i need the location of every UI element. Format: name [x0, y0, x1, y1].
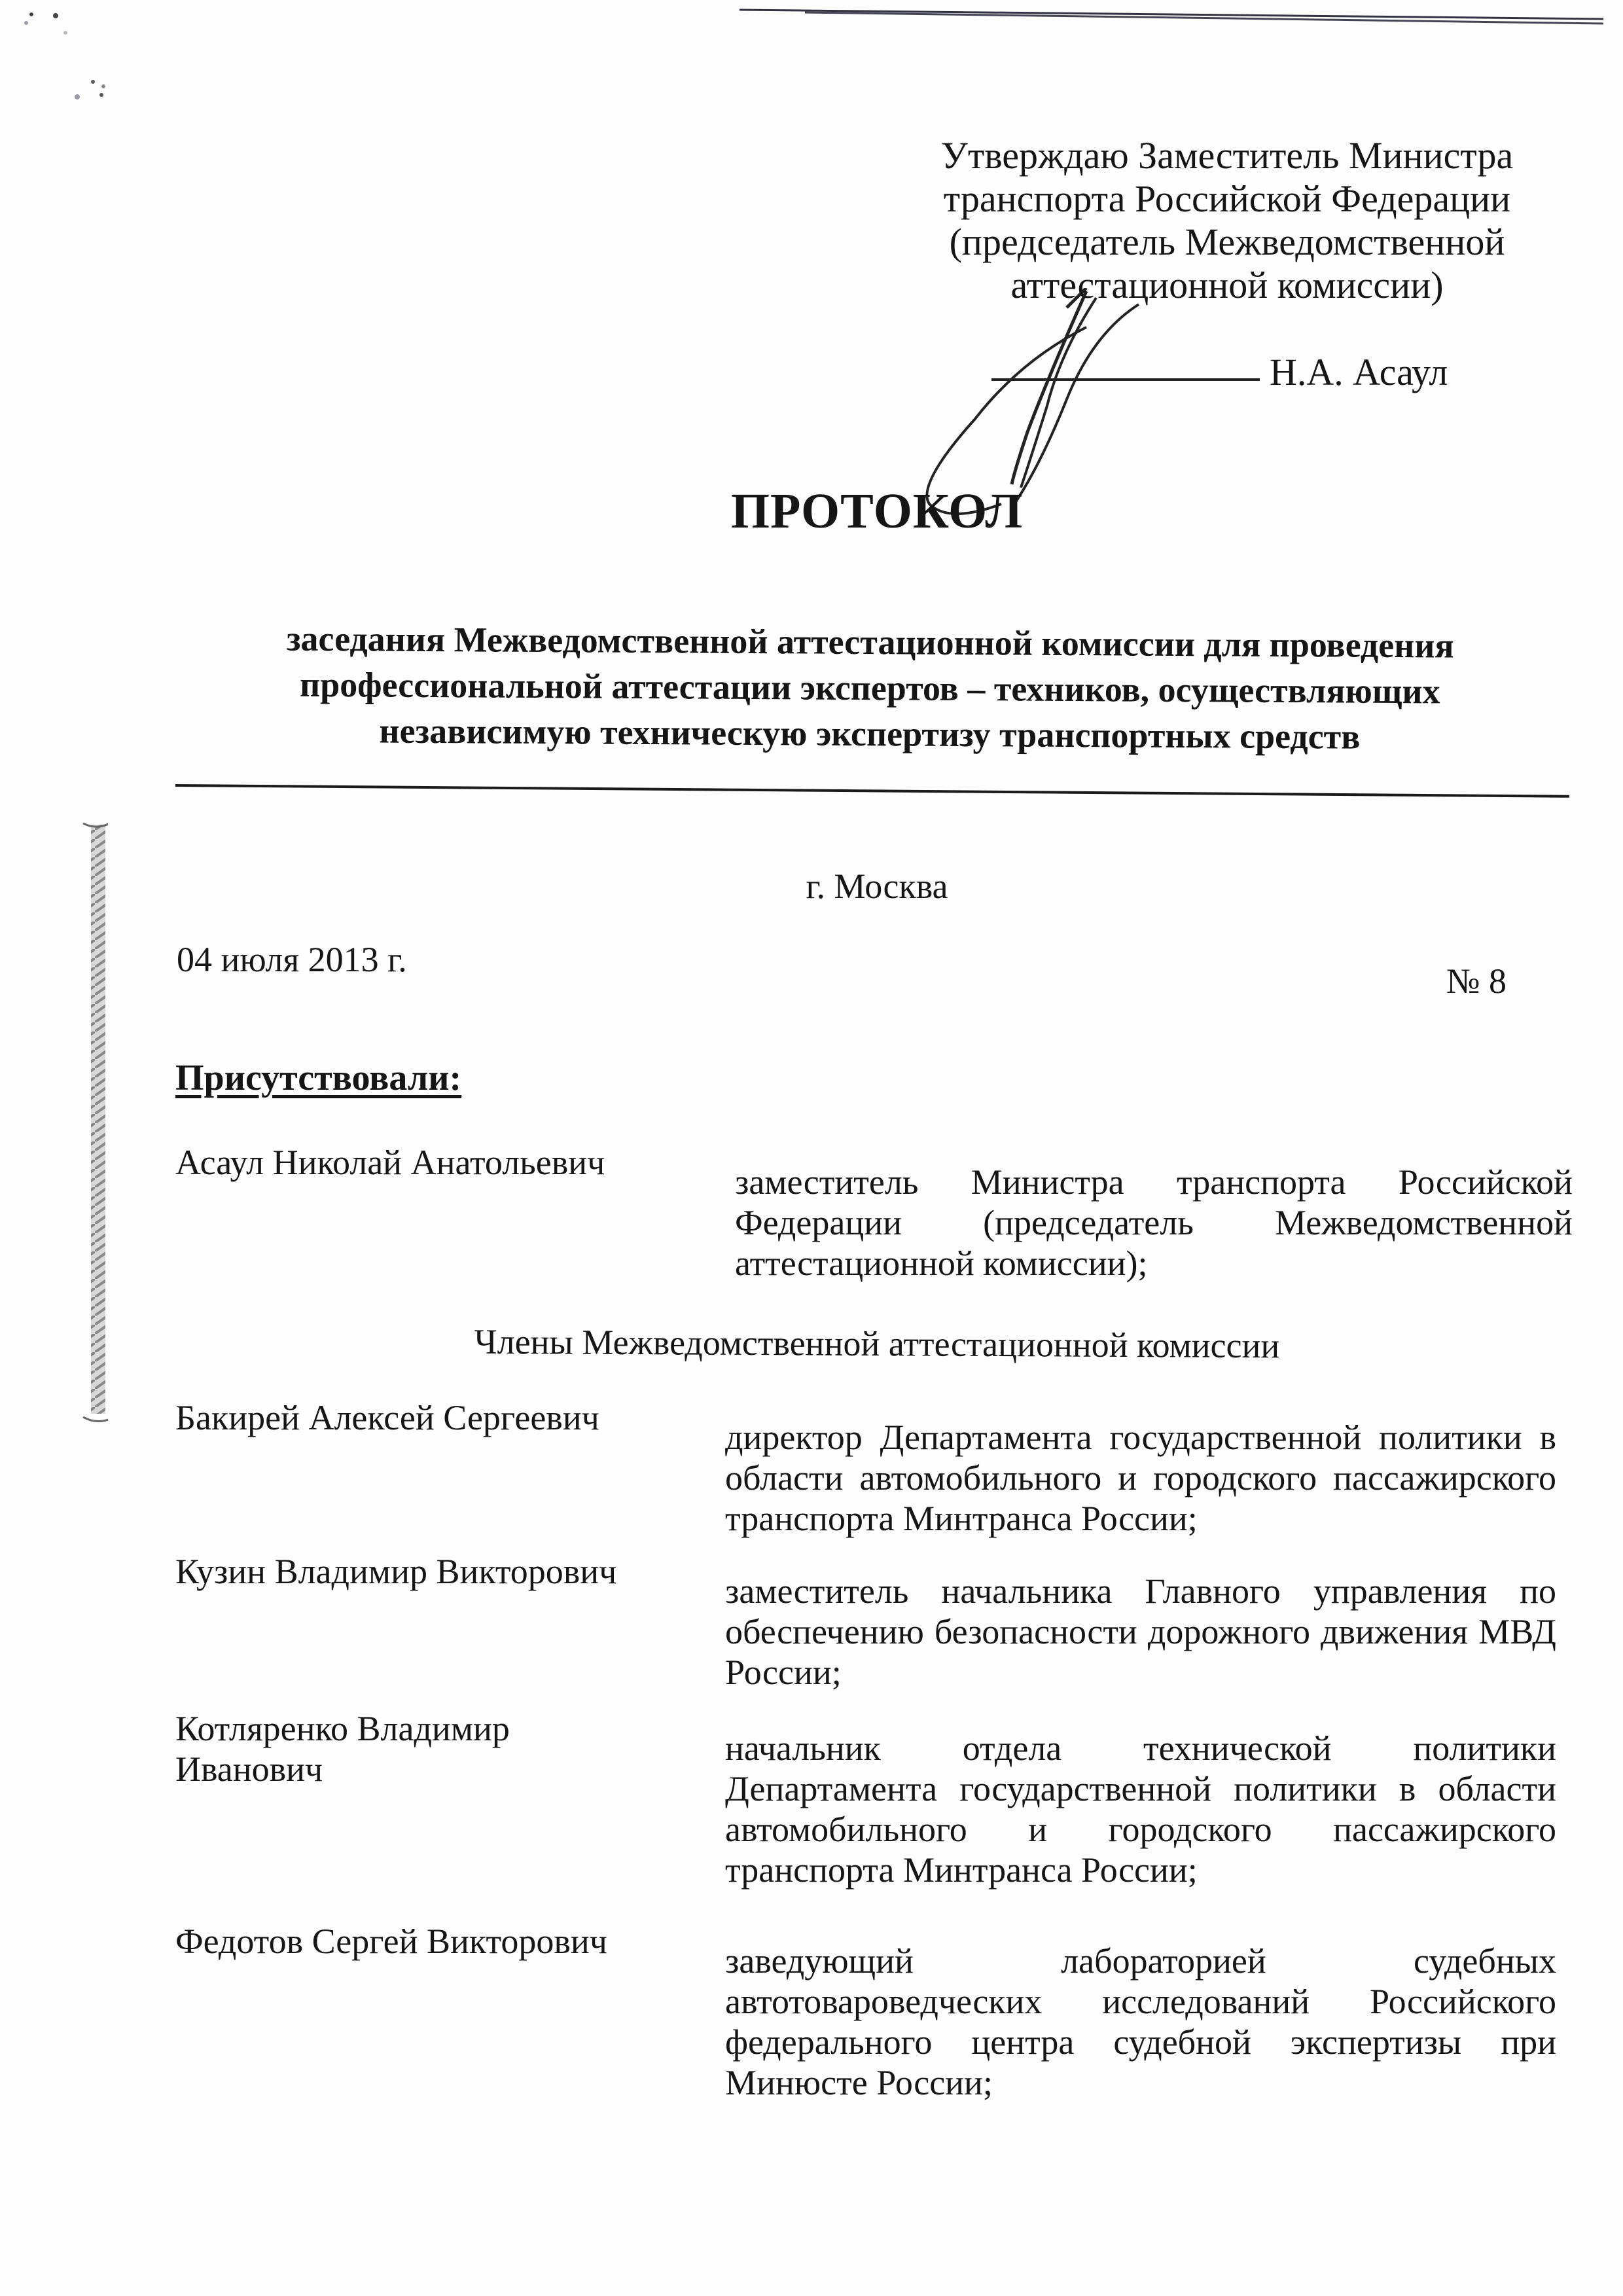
attendee-name: Асаул Николай Анатольевич [175, 1142, 692, 1183]
approval-block: Утверждаю Заместитель Министра транспорт… [916, 134, 1538, 307]
approval-line: Утверждаю Заместитель Министра [916, 134, 1538, 177]
attendee-role: заместитель Министра транспорта Российск… [735, 1162, 1573, 1283]
attendee-row: Кузин Владимир Викторович заместитель на… [175, 1551, 1573, 1682]
attendee-role: заведующий лабораторией судебных автотов… [725, 1941, 1556, 2103]
attendee-name: Кузин Владимир Викторович [175, 1551, 692, 1592]
attendee-name: Котляренко Владимир Иванович [175, 1708, 568, 1789]
document-date: 04 июля 2013 г. [177, 939, 407, 980]
subtitle-line: независимую техническую экспертизу транс… [215, 707, 1524, 761]
subtitle-line: профессиональной аттестации экспертов – … [215, 661, 1524, 715]
attendee-name: Бакирей Алексей Сергеевич [175, 1397, 692, 1438]
scan-edge-lines [740, 3, 1623, 29]
attendee-role: начальник отдела технической политики Де… [725, 1728, 1556, 1890]
city: г. Москва [0, 866, 1623, 906]
attendee-row: Федотов Сергей Викторович заведующий лаб… [175, 1921, 1573, 2117]
document-number: № 8 [1446, 961, 1507, 1001]
signatory-name: Н.А. Асаул [1270, 350, 1448, 394]
attendee-row: Бакирей Алексей Сергеевич директор Депар… [175, 1397, 1573, 1548]
document-subtitle: заседания Межведомственной аттестационно… [215, 615, 1525, 761]
approval-line: транспорта Российской Федерации [916, 177, 1538, 221]
members-heading: Члены Межведомственной аттестационной ко… [0, 1319, 1623, 1369]
subtitle-line: заседания Межведомственной аттестационно… [216, 615, 1525, 669]
scan-specks [20, 7, 151, 137]
attendee-role: заместитель начальника Главного управлен… [725, 1571, 1556, 1693]
attendee-name: Федотов Сергей Викторович [175, 1921, 692, 1962]
attendee-row: Котляренко Владимир Иванович начальник о… [175, 1708, 1573, 1905]
attendee-row-chair: Асаул Николай Анатольевич заместитель Ми… [175, 1142, 1573, 1293]
attendee-role: директор Департамента государственной по… [725, 1417, 1556, 1539]
approval-line: (председатель Межведомственной [916, 221, 1538, 264]
attendance-heading: Присутствовали: [175, 1057, 461, 1099]
document-title: ПРОТОКОЛ [0, 483, 1623, 540]
header-divider [175, 784, 1569, 798]
